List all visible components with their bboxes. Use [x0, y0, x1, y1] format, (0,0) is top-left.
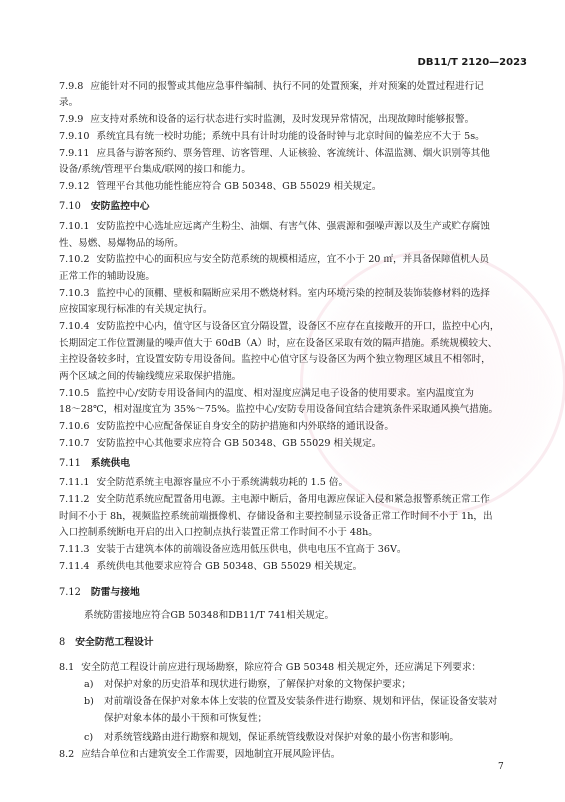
clause-7-9-11-cont: 设备/系统/管理平台集成/联网的接口和能力。 — [59, 163, 525, 176]
clause-7-11-2: 7.11.2安全防范系统应配置备用电源。主电源中断后，备用电源应保证入侵和紧急报… — [59, 493, 525, 506]
clause-7-9-12: 7.9.12管理平台其他功能性能应符合 GB 50348、GB 55029 相关… — [59, 180, 525, 193]
clause-7-9-10: 7.9.10系统宜具有统一校时功能；系统中具有计时功能的设备时钟与北京时间的偏差… — [59, 130, 525, 143]
clause-7-10-7: 7.10.7安防监控中心其他要求应符合 GB 50348、GB 55029 相关… — [59, 437, 525, 450]
section-heading-7-12: 7.12防雷与接地 — [59, 586, 525, 599]
clause-7-10-1: 7.10.1安防监控中心选址应远离产生粉尘、油烟、有害气体、强震源和强噪声源以及… — [59, 220, 525, 233]
clause-7-11-2-cont: 入口控制系统断电开启的出入口控制点执行装置正常工作时间不小于 48h。 — [59, 526, 525, 539]
clause-7-10-4: 7.10.4安防监控中心内，值守区与设备区宜分隔设置，设备区不应存在直接敞开的开… — [59, 320, 525, 333]
clause-7-11-4: 7.11.4系统供电其他要求应符合 GB 50348、GB 55029 相关规定… — [59, 560, 525, 573]
clause-8-1: 8.1安全防范工程设计前应进行现场勘察，除应符合 GB 50348 相关规定外，… — [59, 661, 525, 674]
list-item-b-cont: 保护对象本体的最小干预和可恢复性； — [104, 712, 525, 725]
list-item-c: c)对系统管线路由进行勘察和规划，保证系统管线敷设对保护对象的最小伤害和影响。 — [84, 731, 525, 744]
clause-7-11-3: 7.11.3安装于古建筑本体的前端设备应选用低压供电，供电电压不宜高于 36V。 — [59, 543, 525, 556]
clause-7-10-5: 7.10.5监控中心/安防专用设备间内的温度、相对湿度应满足电子设备的使用要求。… — [59, 387, 525, 400]
clause-7-9-8: 7.9.8应能针对不同的报警或其他应急事件编制、执行不同的处置预案，并对预案的处… — [59, 80, 525, 93]
section-heading-7-10: 7.10安防监控中心 — [59, 200, 525, 213]
clause-7-9-9: 7.9.9应支持对系统和设备的运行状态进行实时监测，及时发现异常情况，出现故障时… — [59, 113, 525, 126]
clause-7-10-4-cont: 长期固定工作位置测量的噪声值大于 60dB（A）时，应在设备区采取有效的隔声措施… — [59, 337, 525, 350]
list-item-b: b)对前端设备在保护对象本体上安装的位置及安装条件进行勘察、规划和评估，保证设备… — [84, 695, 525, 708]
clause-7-10-2-cont: 正常工作的辅助设施。 — [59, 270, 525, 283]
clause-7-10-3: 7.10.3监控中心的顶棚、壁板和隔断应采用不燃烧材料。室内环境污染的控制及装饰… — [59, 287, 525, 300]
clause-7-10-4-cont: 两个区域之间的传输线缆应采取保护措施。 — [59, 370, 525, 383]
chapter-heading-8: 8安全防范工程设计 — [59, 636, 525, 649]
clause-7-10-6: 7.10.6安防监控中心应配备保证自身安全的防护措施和内外联络的通讯设备。 — [59, 420, 525, 433]
page-number: 7 — [498, 762, 504, 772]
document-code: DB11/T 2120—2023 — [418, 57, 527, 68]
clause-7-10-2: 7.10.2安防监控中心的面积应与安全防范系统的规模相适应，宜不小于 20 ㎡，… — [59, 253, 525, 266]
section-heading-7-11: 7.11系统供电 — [59, 457, 525, 470]
clause-7-12-text: 系统防雷接地应符合GB 50348和DB11/T 741相关规定。 — [84, 609, 525, 622]
clause-8-2: 8.2应结合单位和古建筑安全工作需要，因地制宜开展风险评估。 — [59, 748, 525, 761]
clause-7-10-4-cont: 主控设备较多时，宜设置安防专用设备间。监控中心值守区与设备区为两个独立物理区域且… — [59, 353, 525, 366]
list-item-a: a)对保护对象的历史沿革和现状进行勘察，了解保护对象的文物保护要求； — [84, 678, 525, 691]
clause-7-10-1-cont: 性、易燃、易爆物品的场所。 — [59, 237, 525, 250]
clause-7-11-2-cont: 时间不小于 8h，视频监控系统前端摄像机、存储设备和主要控制显示设备正常工作时间… — [59, 510, 525, 523]
clause-7-9-11: 7.9.11应具备与游客预约、票务管理、访客管理、人证核验、客流统计、体温监测、… — [59, 147, 525, 160]
clause-7-9-8-cont: 录。 — [59, 96, 525, 109]
clause-7-10-5-cont: 18～28℃，相对湿度宜为 35%～75%。监控中心/安防专用设备间宜结合建筑条… — [59, 403, 525, 416]
clause-7-11-1: 7.11.1安全防范系统主电源容量应不小于系统满载功耗的 1.5 倍。 — [59, 476, 525, 489]
clause-7-10-3-cont: 应按国家现行标准的有关规定执行。 — [59, 303, 525, 316]
